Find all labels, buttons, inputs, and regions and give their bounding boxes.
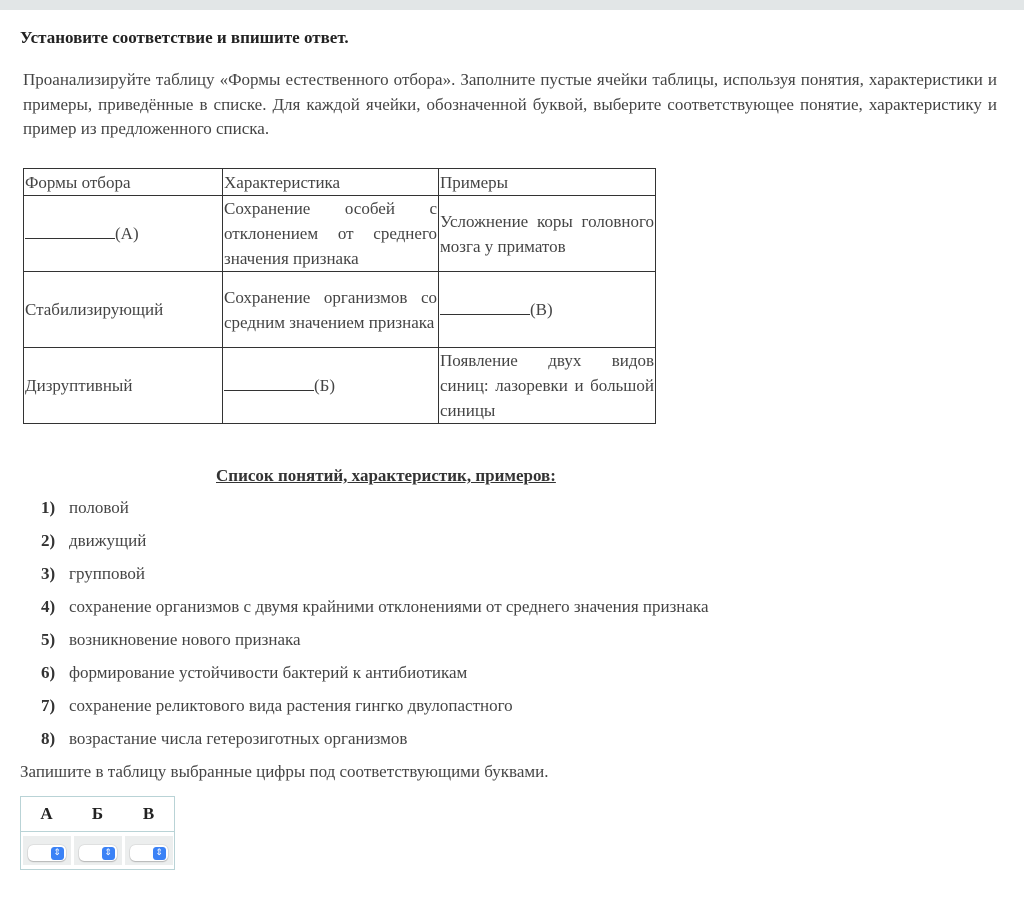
table-header-row: Формы отбора Характеристика Примеры	[24, 169, 656, 196]
top-bar	[0, 0, 1024, 10]
options-list-title: Список понятий, характеристик, примеров:	[216, 466, 556, 486]
task-instructions: Проанализируйте таблицу «Формы естествен…	[23, 68, 997, 142]
characteristic-cell-b: (Б)	[223, 348, 439, 424]
blank-line	[224, 374, 314, 391]
table-row: Стабилизирующий Сохранение организмов со…	[24, 272, 656, 348]
table-row: (А) Сохранение особей с отклонением от с…	[24, 196, 656, 272]
list-item: 4)сохранение организмов с двумя крайними…	[41, 597, 708, 630]
form-cell: Дизруптивный	[24, 348, 223, 424]
list-item: 7)сохранение реликтового вида растения г…	[41, 696, 708, 729]
chevron-up-down-icon: ⇕	[102, 847, 115, 860]
table-row: Дизруптивный (Б) Появление двух видов си…	[24, 348, 656, 424]
example-cell: Усложнение коры головного мозга у примат…	[439, 196, 656, 272]
list-item: 5)возникновение нового признака	[41, 630, 708, 663]
example-cell: Появление двух видов синиц: лазоревки и …	[439, 348, 656, 424]
list-item: 2)движущий	[41, 531, 708, 564]
header-forms: Формы отбора	[24, 169, 223, 196]
blank-line	[25, 222, 115, 239]
answer-select-b[interactable]: ⇕	[79, 845, 117, 861]
header-examples: Примеры	[439, 169, 656, 196]
list-item: 1)половой	[41, 498, 708, 531]
example-cell-v: (В)	[439, 272, 656, 348]
answer-table: А Б В ⇕ ⇕ ⇕	[20, 796, 175, 870]
answer-letter-v: В	[123, 797, 175, 832]
options-list: 1)половой 2)движущий 3)групповой 4)сохра…	[41, 498, 708, 762]
blank-line	[440, 298, 530, 315]
list-item: 3)групповой	[41, 564, 708, 597]
form-cell: Стабилизирующий	[24, 272, 223, 348]
header-characteristic: Характеристика	[223, 169, 439, 196]
answer-instructions: Запишите в таблицу выбранные цифры под с…	[20, 762, 549, 782]
answer-letter-b: Б	[72, 797, 123, 832]
answer-letter-a: А	[21, 797, 73, 832]
characteristic-cell: Сохранение организмов со средним значени…	[223, 272, 439, 348]
answer-select-a[interactable]: ⇕	[28, 845, 66, 861]
list-item: 8)возрастание числа гетерозиготных орган…	[41, 729, 708, 762]
chevron-up-down-icon: ⇕	[153, 847, 166, 860]
list-item: 6)формирование устойчивости бактерий к а…	[41, 663, 708, 696]
selection-forms-table: Формы отбора Характеристика Примеры (А) …	[23, 168, 656, 424]
characteristic-cell: Сохранение особей с отклонением от средн…	[223, 196, 439, 272]
chevron-up-down-icon: ⇕	[51, 847, 64, 860]
task-heading: Установите соответствие и впишите ответ.	[20, 28, 349, 48]
answer-select-v[interactable]: ⇕	[130, 845, 168, 861]
form-cell-a: (А)	[24, 196, 223, 272]
